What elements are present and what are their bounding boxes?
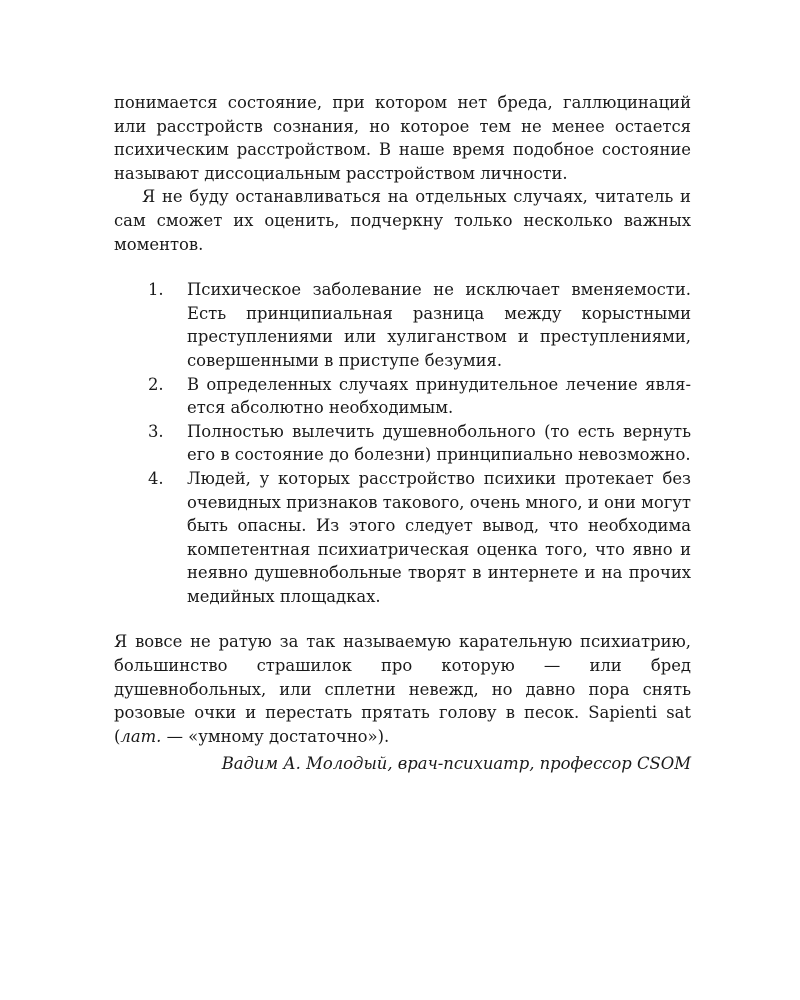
list-marker: 3. bbox=[148, 420, 164, 444]
list-item-text: Полностью вылечить душевнобольного (то е… bbox=[187, 422, 691, 465]
list-marker: 1. bbox=[148, 278, 164, 302]
numbered-list: 1. Психическое заболевание не исключает … bbox=[114, 278, 691, 608]
author-signature: Вадим А. Молодый, врач-психиатр, професс… bbox=[114, 752, 691, 776]
list-item: 1. Психическое заболевание не исключает … bbox=[114, 278, 691, 372]
list-item-text: В определенных случаях принудительное ле… bbox=[187, 375, 691, 418]
list-item-text: Людей, у которых расстройство психики пр… bbox=[187, 469, 691, 606]
list-marker: 2. bbox=[148, 373, 164, 397]
closing-paragraph: Я вовсе не ратую за так называемую карат… bbox=[114, 630, 691, 748]
list-item: 3. Полностью вылечить душевнобольного (т… bbox=[114, 420, 691, 467]
closing-text-after: — «умному достаточно»). bbox=[161, 727, 389, 746]
list-item-text: Психическое заболевание не исключает вме… bbox=[187, 280, 691, 370]
second-paragraph: Я не буду останавливаться на отдельных с… bbox=[114, 185, 691, 256]
list-item: 2. В определенных случаях принудительное… bbox=[114, 373, 691, 420]
list-item: 4. Людей, у которых расстройство психики… bbox=[114, 467, 691, 609]
list-marker: 4. bbox=[148, 467, 164, 491]
intro-paragraph: понимается состояние, при котором нет бр… bbox=[114, 91, 691, 185]
latin-abbreviation: лат. bbox=[120, 727, 161, 746]
page-body: понимается состояние, при котором нет бр… bbox=[114, 91, 691, 776]
